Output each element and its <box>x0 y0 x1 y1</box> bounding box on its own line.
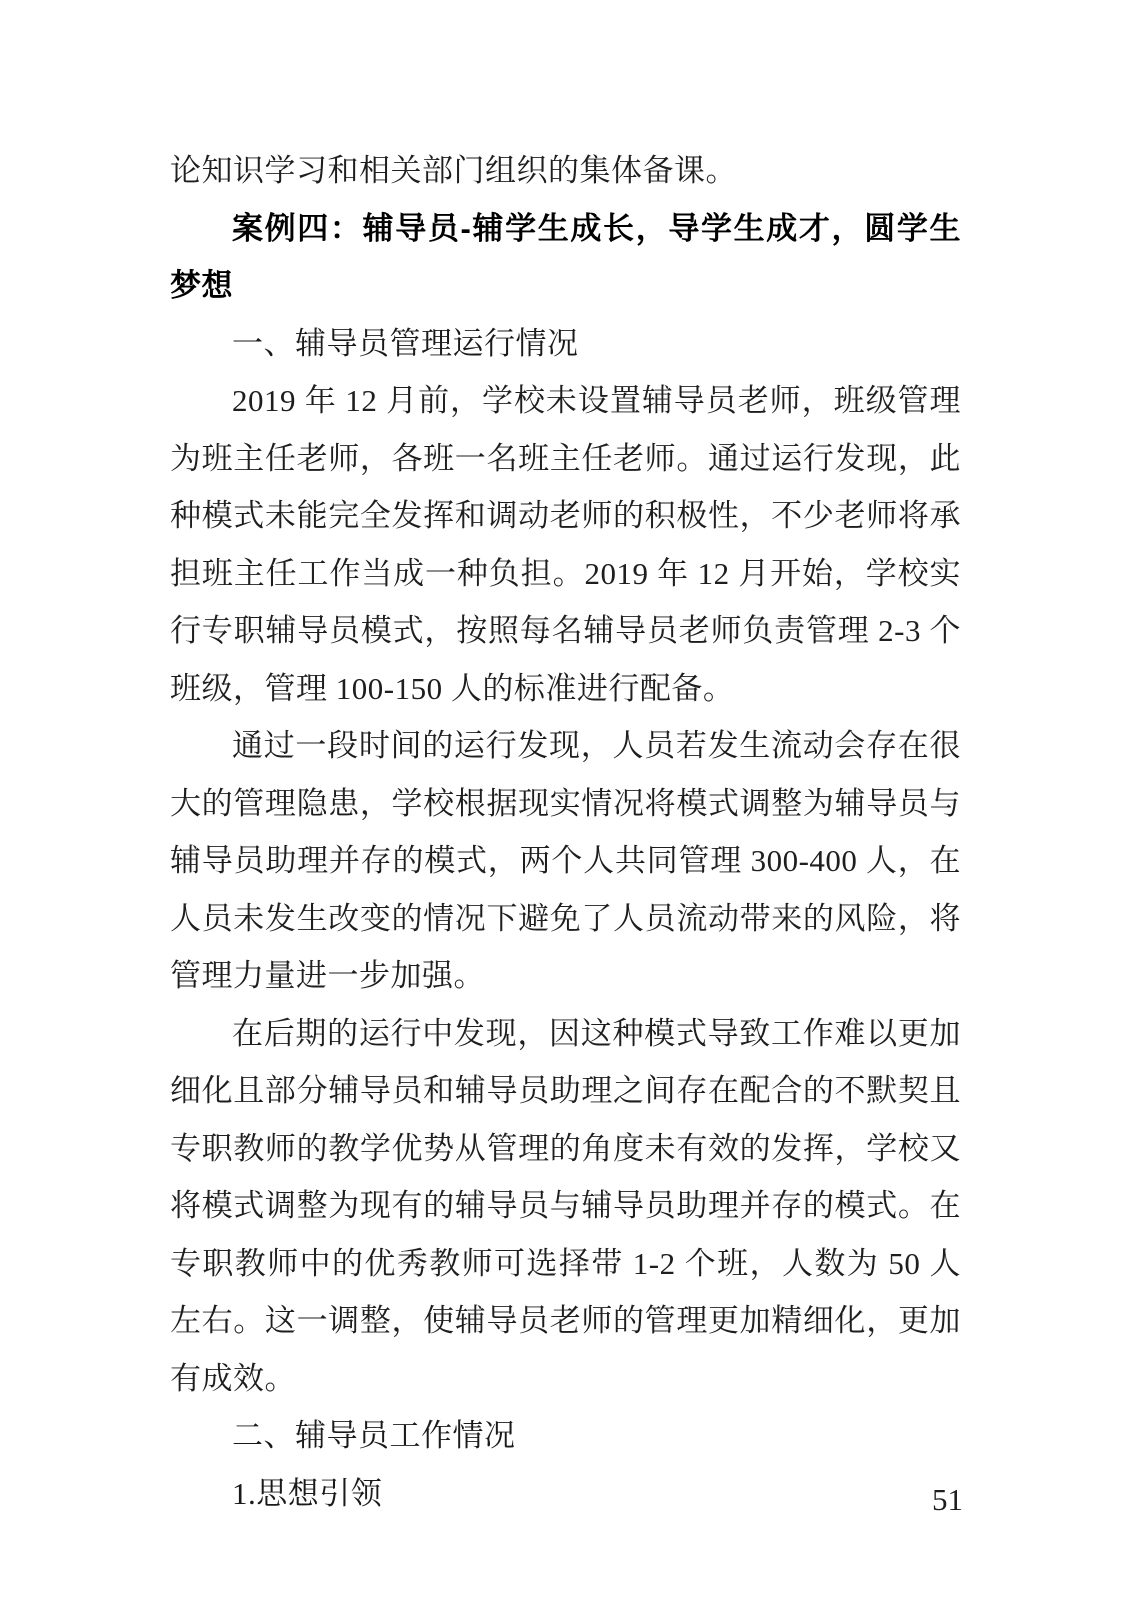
section-heading: 1.思想引领 <box>170 1465 961 1523</box>
section-heading: 一、辅导员管理运行情况 <box>170 315 961 373</box>
paragraph: 在后期的运行中发现，因这种模式导致工作难以更加细化且部分辅导员和辅导员助理之间存… <box>170 1005 961 1408</box>
section-heading: 二、辅导员工作情况 <box>170 1407 961 1465</box>
document-body: 论知识学习和相关部门组织的集体备课。案例四：辅导员-辅学生成长，导学生成才，圆学… <box>170 142 961 1522</box>
section-heading: 案例四：辅导员-辅学生成长，导学生成才，圆学生梦想 <box>170 200 961 315</box>
paragraph: 通过一段时间的运行发现，人员若发生流动会存在很大的管理隐患，学校根据现实情况将模… <box>170 717 961 1005</box>
page-number: 51 <box>932 1480 963 1520</box>
paragraph: 论知识学习和相关部门组织的集体备课。 <box>170 142 961 200</box>
paragraph: 2019 年 12 月前，学校未设置辅导员老师，班级管理为班主任老师，各班一名班… <box>170 372 961 717</box>
document-page: 论知识学习和相关部门组织的集体备课。案例四：辅导员-辅学生成长，导学生成才，圆学… <box>0 0 1131 1600</box>
